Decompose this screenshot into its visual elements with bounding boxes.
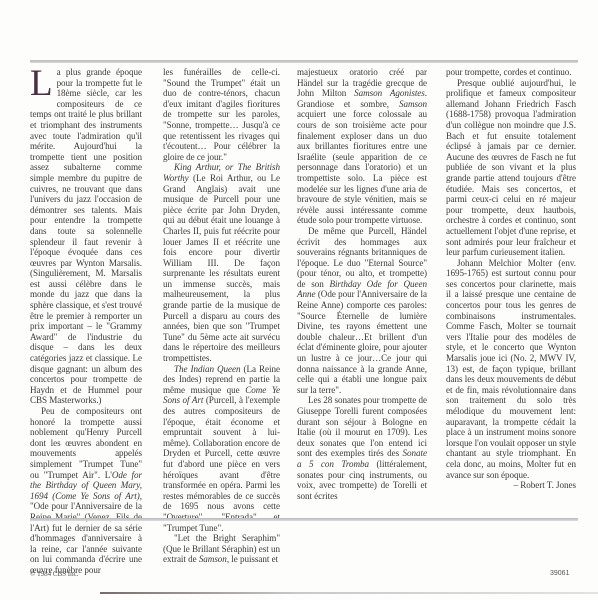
paragraph: Peu de compositeurs ont honoré la trompe… (30, 406, 142, 576)
paragraph: La plus grande époque pour la trompette … (30, 67, 142, 406)
paragraph: pour trompette, cordes et continuo. (446, 67, 576, 78)
paragraph: Johann Melchior Molter (env. 1695-1765) … (446, 258, 576, 480)
bottom-rule (30, 518, 578, 521)
paragraph: "Let the Bright Seraphim" (Que le Brilla… (163, 533, 280, 565)
paragraph: Presque oublié aujourd'hui, le prolifiqu… (446, 78, 576, 258)
paragraph: les funérailles de celle-ci. "Sound the … (163, 67, 280, 162)
column-1: La plus grande époque pour la trompette … (30, 67, 142, 576)
paragraph-text: a plus grande époque pour la trompette f… (30, 67, 142, 405)
drop-cap: L (30, 69, 53, 99)
copyright-notice: © 1984 CBS Inc. (30, 570, 79, 578)
author-signature: – Robert T. Jones (446, 480, 576, 491)
paragraph: The Indian Queen (La Reine des Indes) re… (163, 364, 280, 534)
top-rule (30, 60, 578, 63)
paragraph: King Arthur, or The British Worthy (Le R… (163, 162, 280, 363)
column-2: les funérailles de celle-ci. "Sound the … (163, 67, 280, 565)
paragraph: De même que Purcell, Händel écrivit des … (297, 226, 427, 396)
paragraph: Les 28 sonates pour trompette de Giusepp… (297, 395, 427, 501)
paragraph: majestueux oratorio créé par Händel sur … (297, 67, 427, 226)
page-edge (100, 592, 598, 594)
catalog-number: 39061 (550, 570, 569, 577)
liner-notes-body: La plus grande époque pour la trompette … (30, 67, 578, 517)
column-3: majestueux oratorio créé par Händel sur … (297, 67, 427, 501)
column-4: pour trompette, cordes et continuo. Pres… (446, 67, 576, 491)
